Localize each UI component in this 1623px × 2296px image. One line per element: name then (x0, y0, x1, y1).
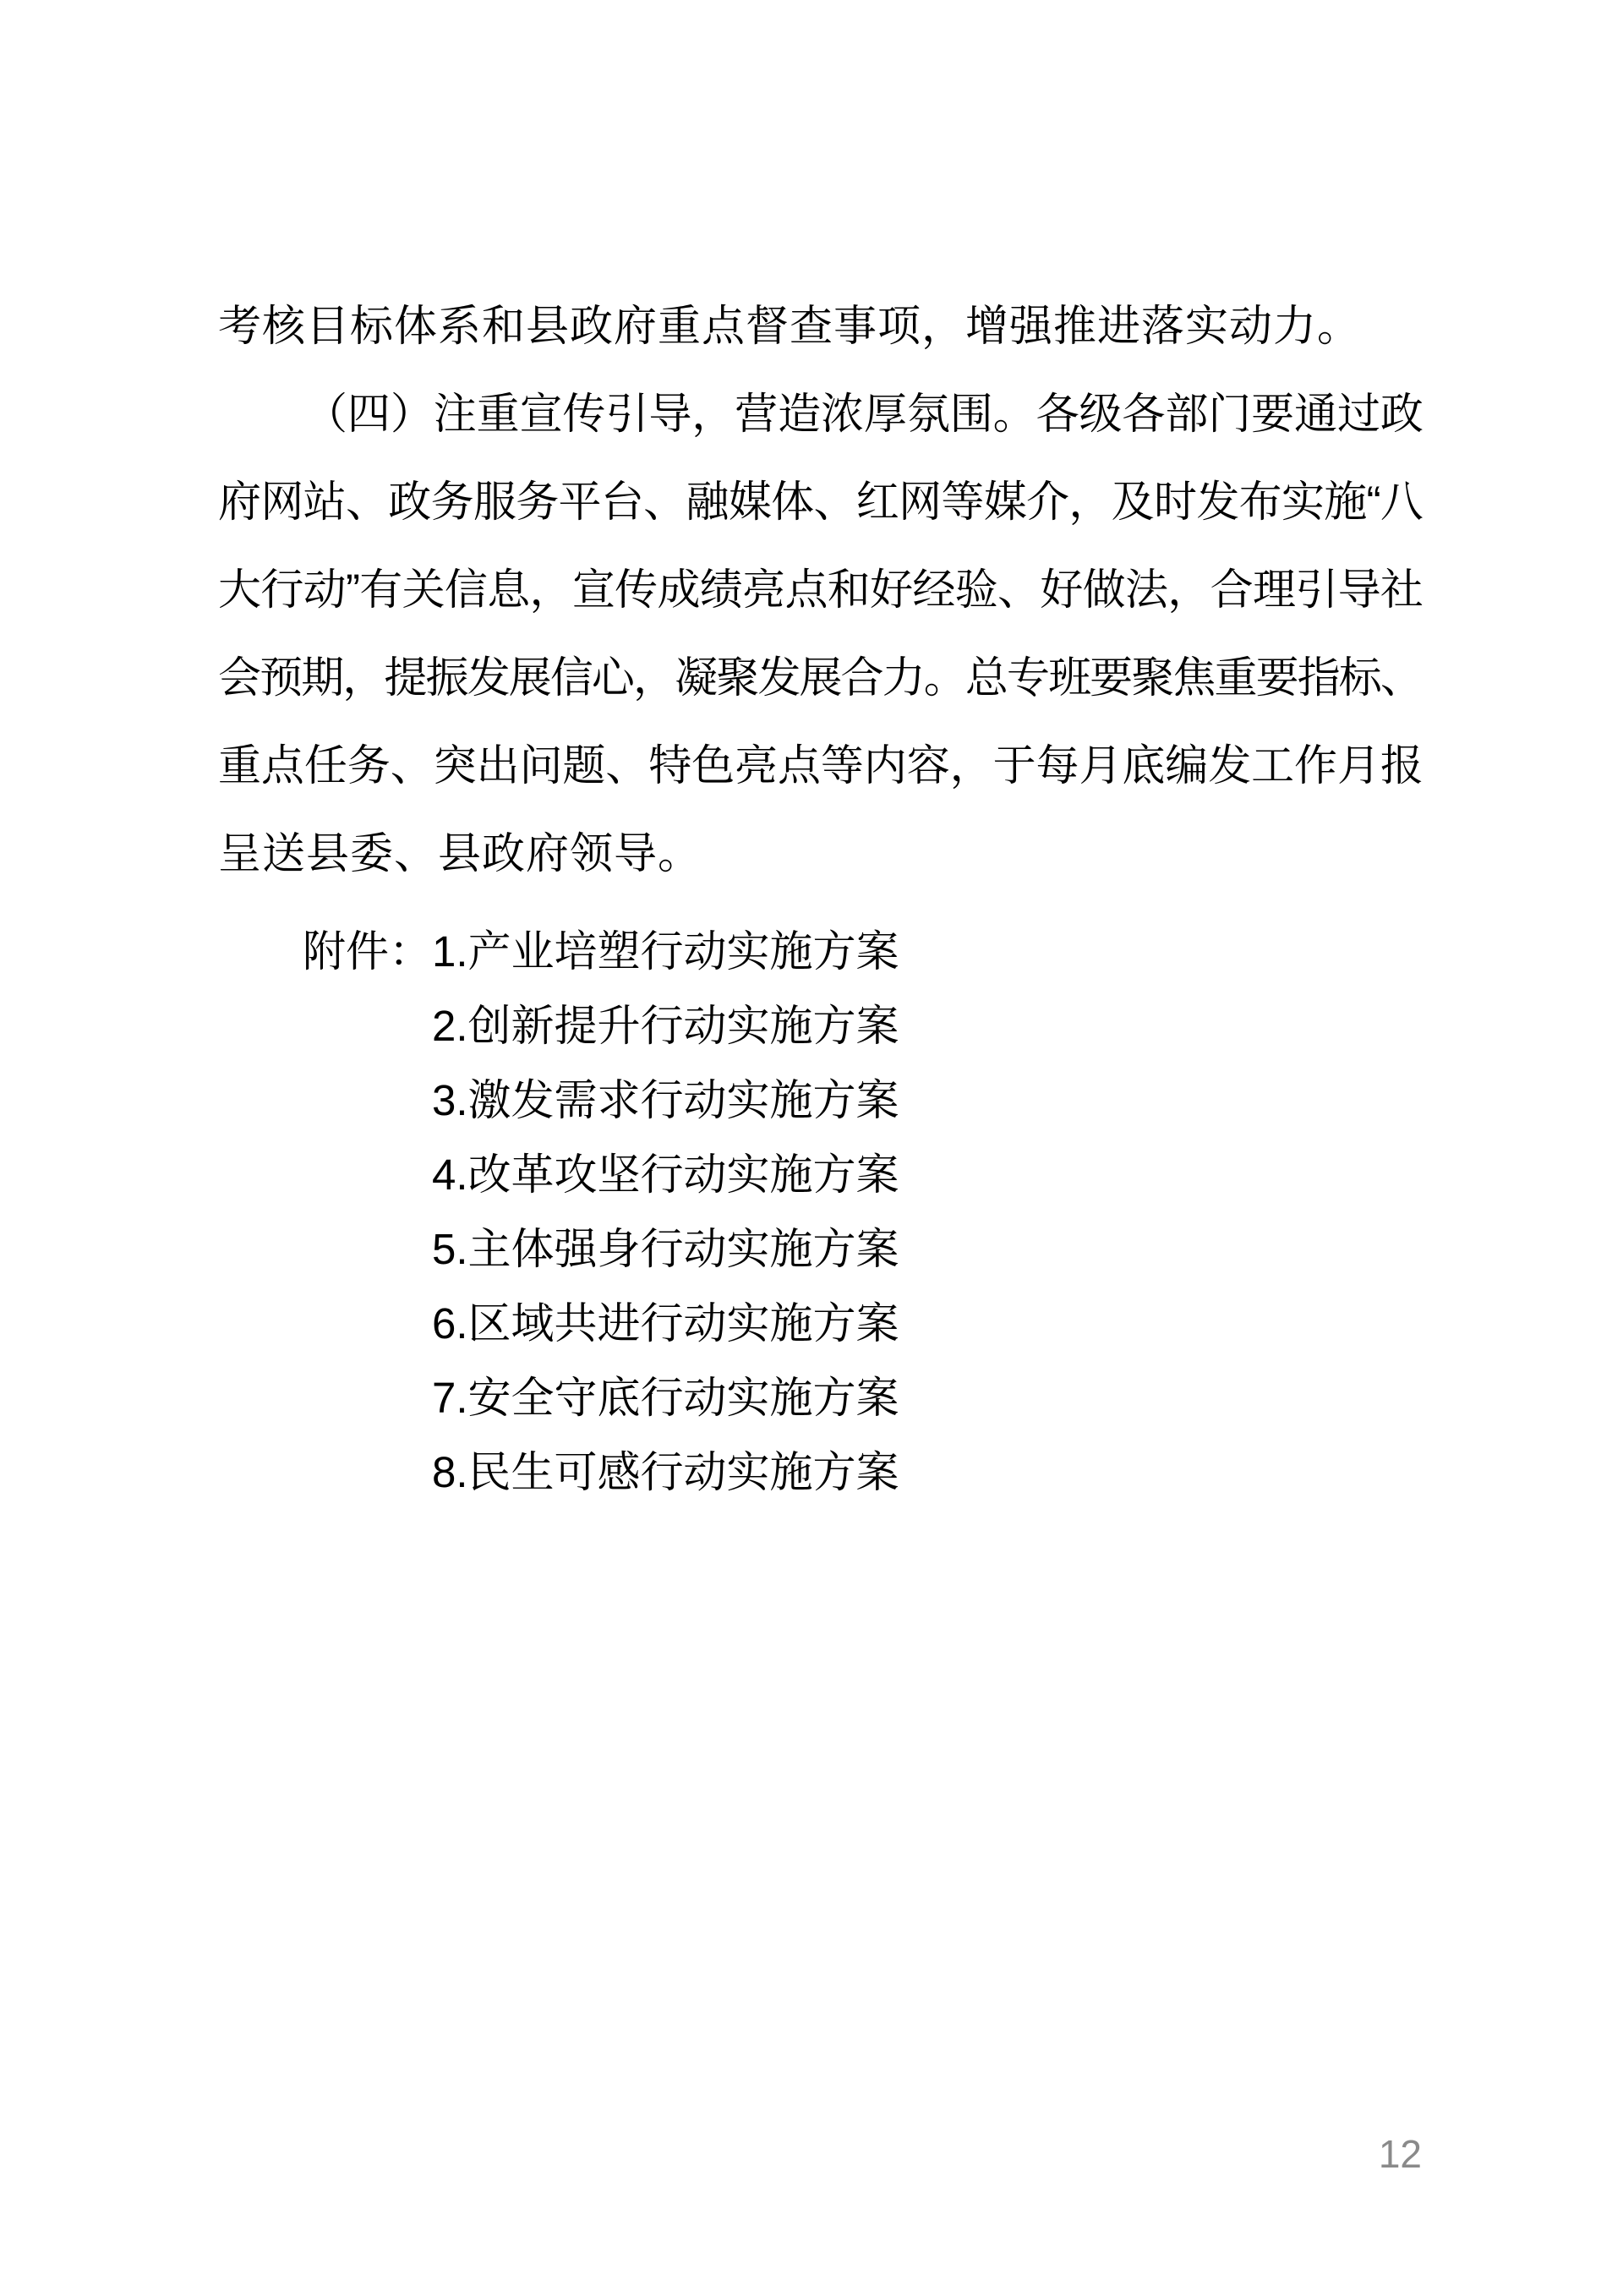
body-line: 大行动”有关信息，宣传成绩亮点和好经验、好做法，合理引导社 (218, 546, 1422, 634)
body-line: 呈送县委、县政府领导。 (218, 810, 1422, 898)
body-line: （四）注重宣传引导，营造浓厚氛围。各级各部门要通过政 (218, 370, 1422, 458)
attachment-item: 2.创新提升行动实施方案 (432, 989, 899, 1063)
attachment-label: 附件： (303, 915, 432, 989)
attachment-items: 1.产业培塑行动实施方案 2.创新提升行动实施方案 3.激发需求行动实施方案 4… (432, 915, 899, 1510)
attachment-item: 8.民生可感行动实施方案 (432, 1435, 899, 1510)
attachment-item: 5.主体强身行动实施方案 (432, 1212, 899, 1287)
attachment-item: 7.安全守底行动实施方案 (432, 1361, 899, 1435)
attachment-item: 4.改革攻坚行动实施方案 (432, 1138, 899, 1212)
attachment-item: 1.产业培塑行动实施方案 (432, 915, 899, 989)
attachment-list: 附件： 1.产业培塑行动实施方案 2.创新提升行动实施方案 3.激发需求行动实施… (303, 915, 899, 1510)
attachment-item: 6.区域共进行动实施方案 (432, 1287, 899, 1361)
body-line: 府网站、政务服务平台、融媒体、红网等媒介，及时发布实施“八 (218, 458, 1422, 546)
attachment-item: 3.激发需求行动实施方案 (432, 1063, 899, 1138)
body-line: 考核目标体系和县政府重点督查事项，增强推进落实动力。 (218, 282, 1422, 370)
document-page: 考核目标体系和县政府重点督查事项，增强推进落实动力。 （四）注重宣传引导，营造浓… (0, 0, 1623, 2296)
body-paragraphs: 考核目标体系和县政府重点督查事项，增强推进落实动力。 （四）注重宣传引导，营造浓… (218, 282, 1422, 898)
body-line: 重点任务、突出问题、特色亮点等内容，于每月底编发工作月报 (218, 722, 1422, 810)
page-number: 12 (218, 2134, 1422, 2174)
body-line: 会预期，提振发展信心，凝聚发展合力。总专班要聚焦重要指标、 (218, 634, 1422, 722)
